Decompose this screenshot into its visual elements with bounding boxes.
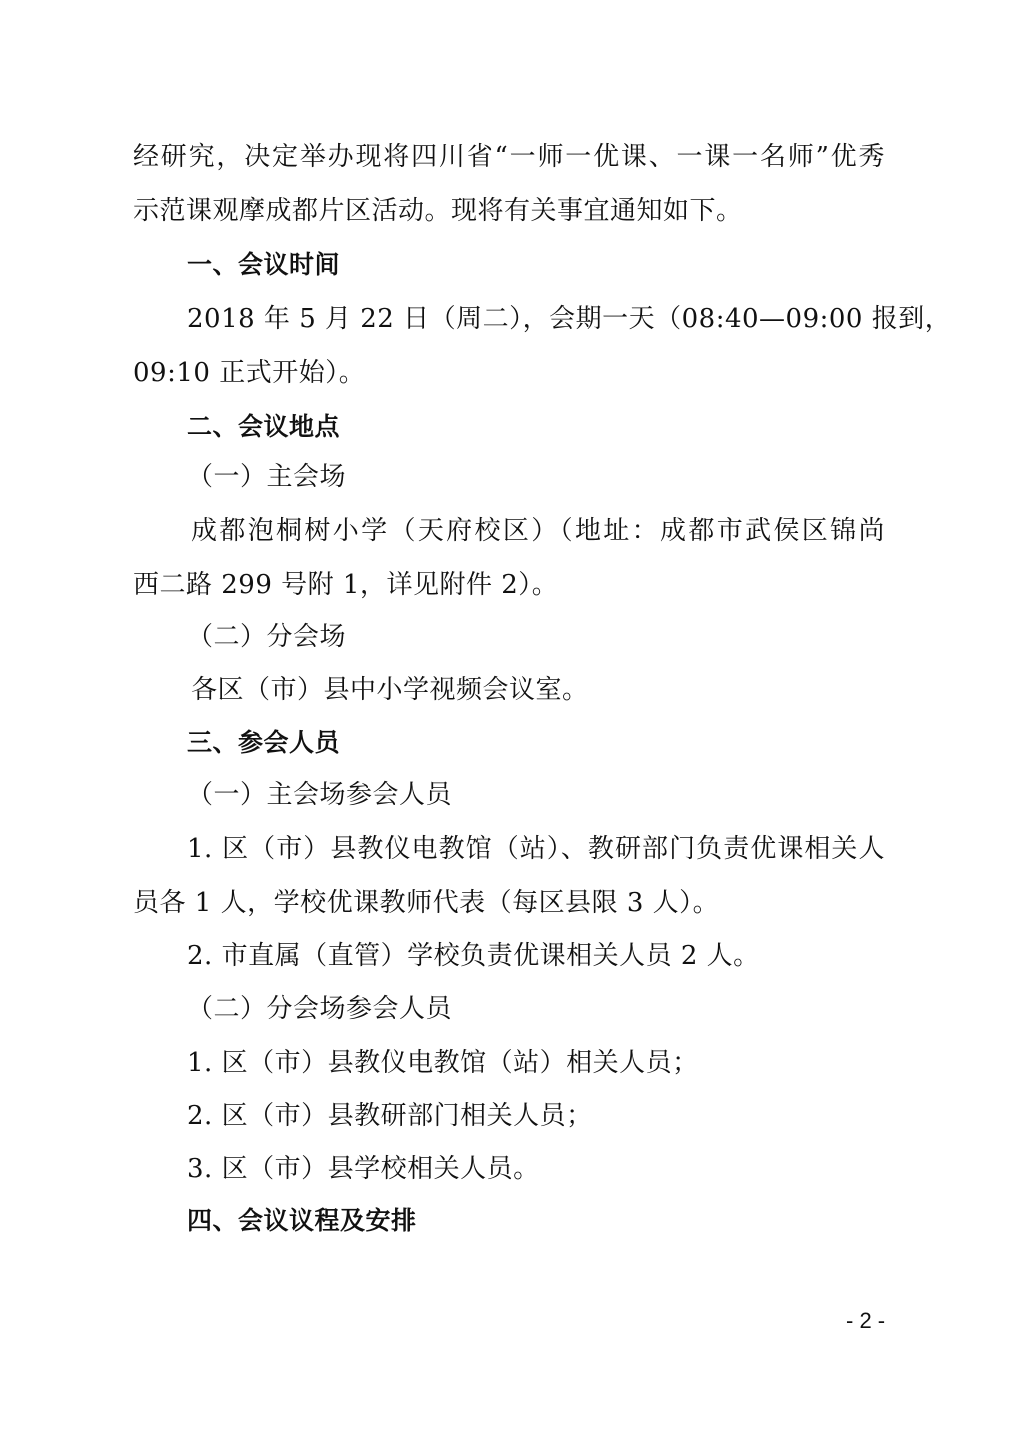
main-attendees-item-1-line-2: 员各 1 人，学校优课教师代表（每区县限 3 人）。 [133,876,719,930]
main-attendees-item-2: 2. 市直属（直管）学校负责优课相关人员 2 人。 [187,929,760,983]
main-venue-address-line-1: 成都泡桐树小学（天府校区）（地址：成都市武侯区锦尚 [133,504,885,558]
intro-line-2: 示范课观摩成都片区活动。现将有关事宜通知如下。 [133,184,743,238]
section-heading-meeting-location: 二、会议地点 [187,400,340,454]
intro-line-1: 经研究，决定举办现将四川省“一师一优课、一课一名师”优秀 [133,130,885,184]
section-heading-agenda: 四、会议议程及安排 [187,1194,417,1248]
branch-attendees-item-2: 2. 区（市）县教研部门相关人员； [187,1089,593,1143]
page-number: - 2 - [846,1307,885,1335]
section-heading-meeting-time: 一、会议时间 [187,238,340,292]
subsection-main-venue-attendees-title: （一）主会场参会人员 [187,768,452,822]
meeting-time-line-1: 2018 年 5 月 22 日（周二），会期一天（08:40—09:00 报到， [133,292,885,346]
branch-attendees-item-3: 3. 区（市）县学校相关人员。 [187,1142,540,1196]
main-attendees-item-1-line-1: 1. 区（市）县教仪电教馆（站）、教研部门负责优课相关人 [133,822,885,876]
subsection-branch-venue-attendees-title: （二）分会场参会人员 [187,982,452,1036]
main-venue-address-line-2: 西二路 299 号附 1，详见附件 2）。 [133,558,558,612]
meeting-time-line-2: 09:10 正式开始）。 [133,346,365,400]
subsection-main-venue-title: （一）主会场 [187,450,346,504]
branch-attendees-item-1: 1. 区（市）县教仪电教馆（站）相关人员； [187,1036,699,1090]
section-heading-attendees: 三、参会人员 [187,716,340,770]
branch-venue-line: 各区（市）县中小学视频会议室。 [191,663,589,717]
subsection-branch-venue-title: （二）分会场 [187,610,346,664]
